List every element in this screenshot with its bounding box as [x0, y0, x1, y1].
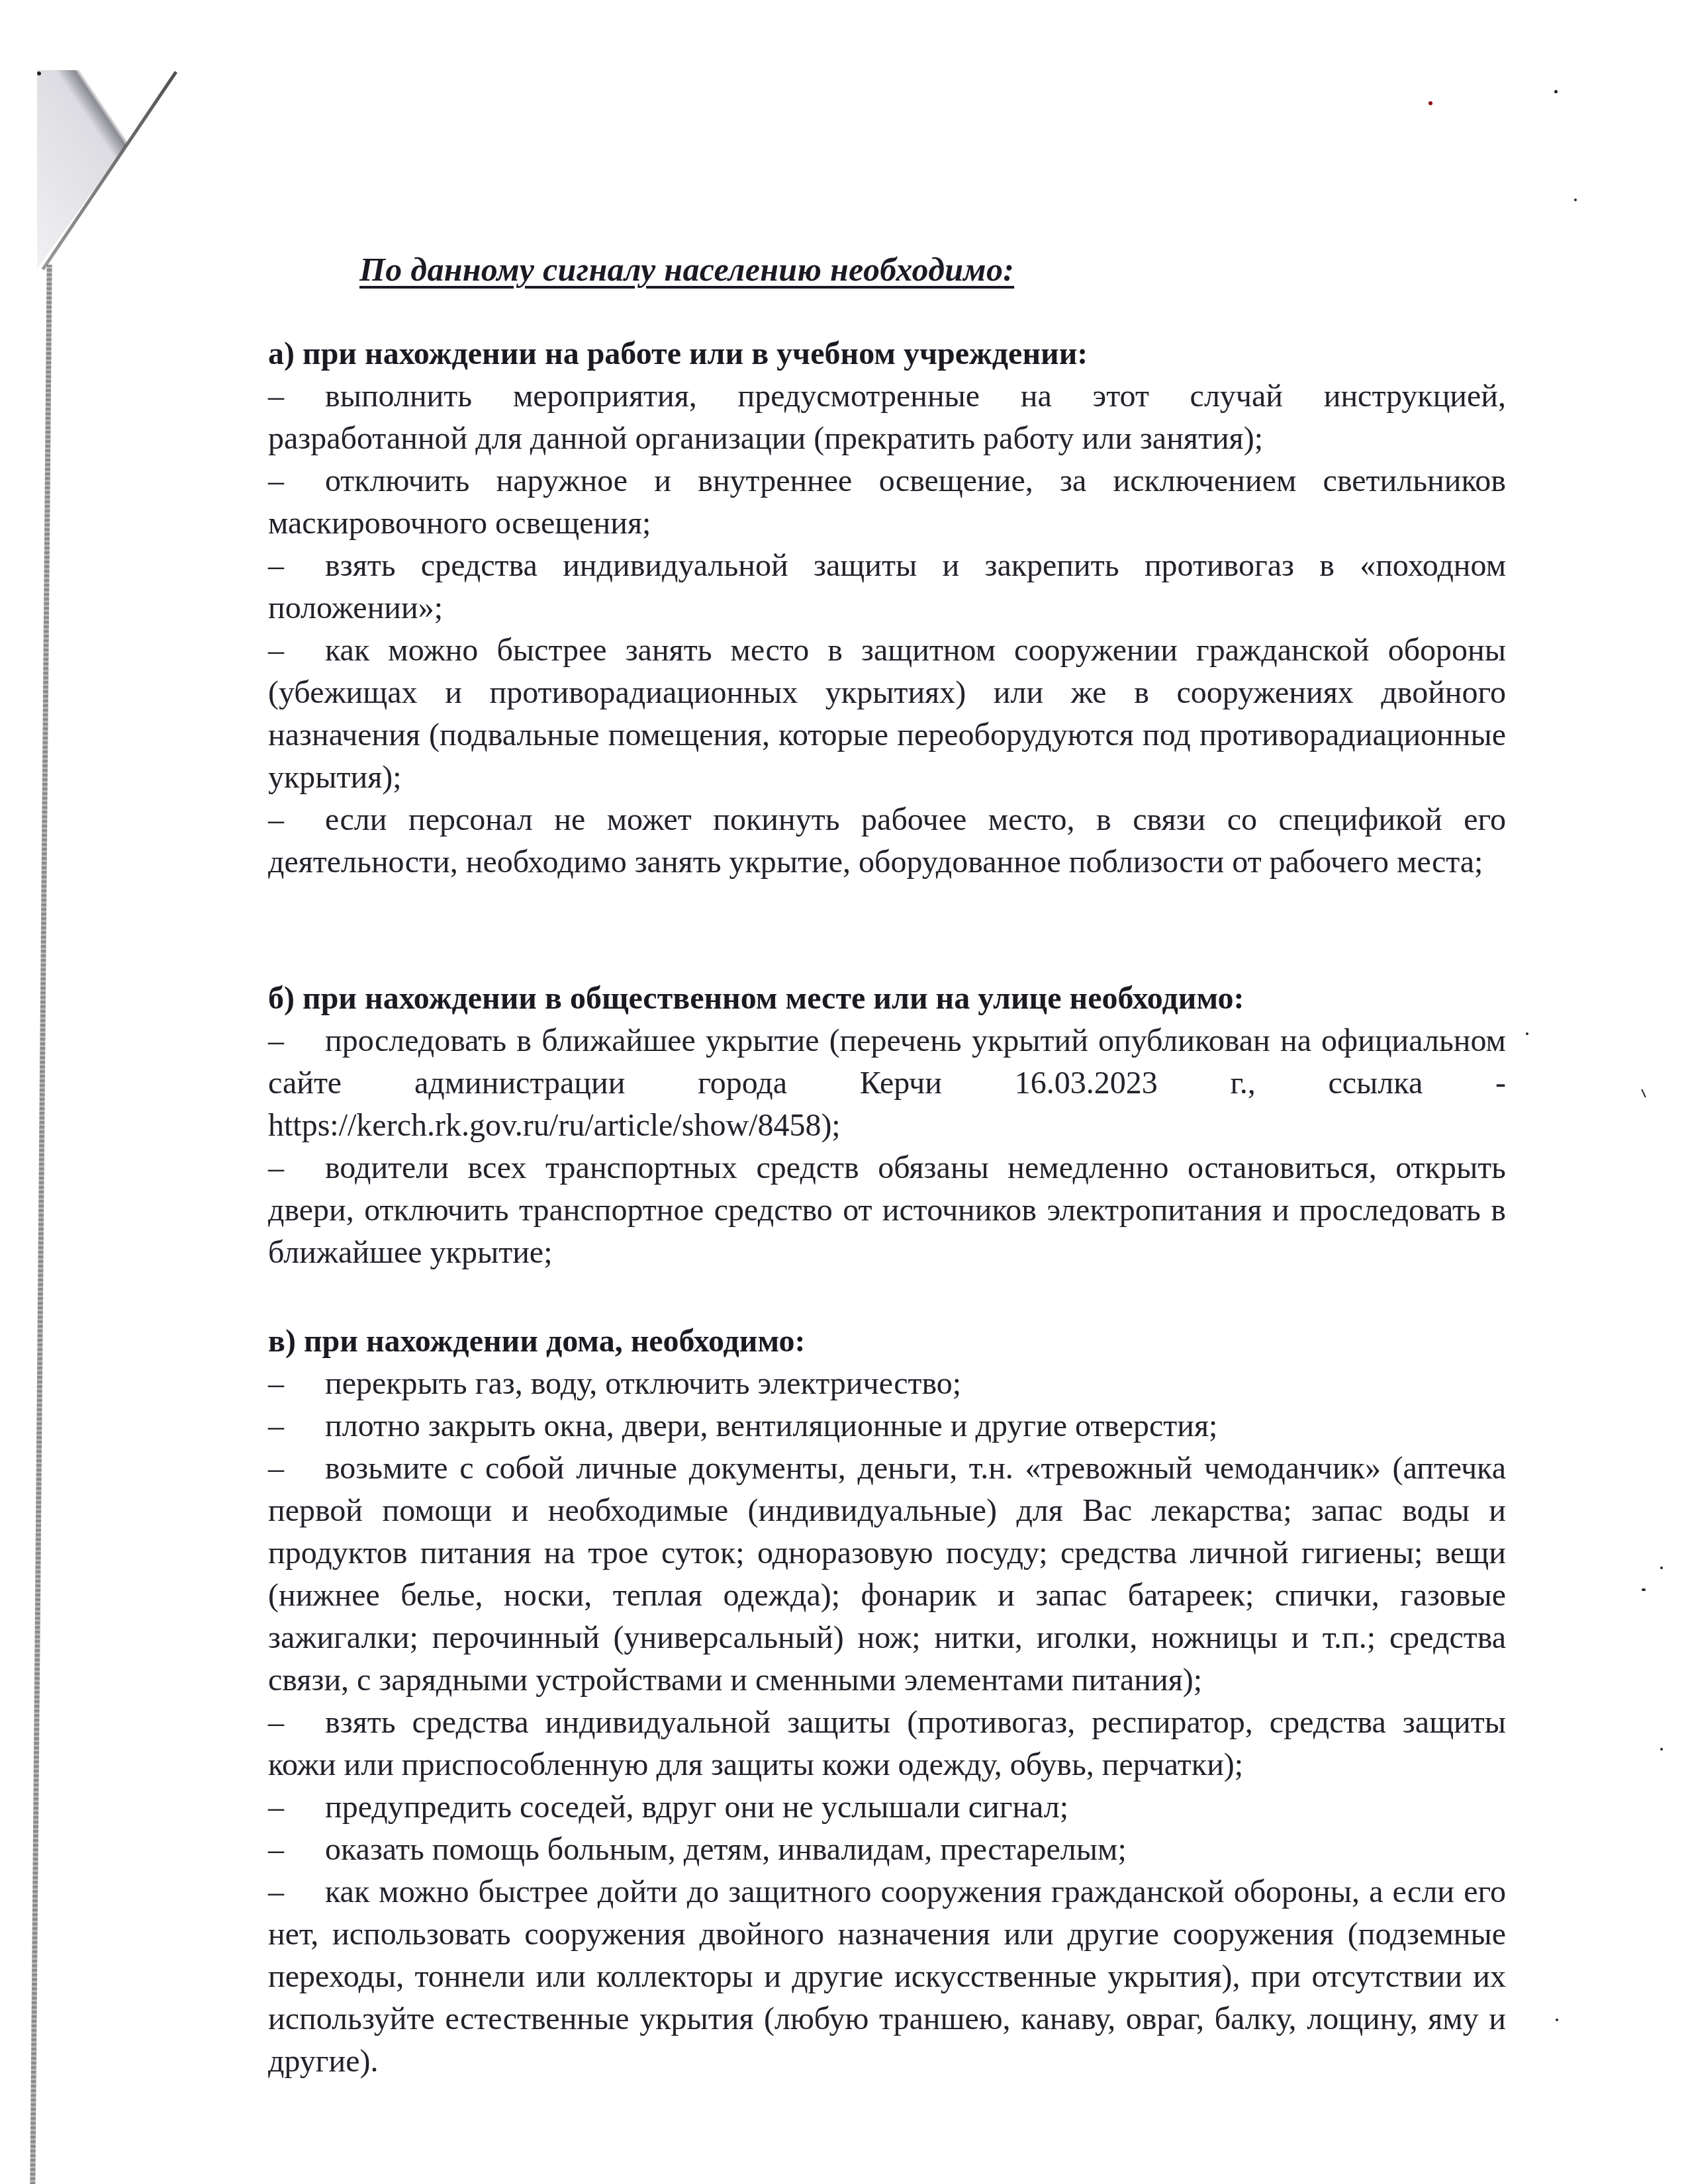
dash-bullet: – — [268, 1829, 325, 1871]
scan-speck — [37, 71, 41, 75]
scan-speck — [1554, 90, 1558, 93]
list-item: –плотно закрыть окна, двери, вентиляцион… — [268, 1405, 1506, 1447]
list-item: –как можно быстрее занять место в защитн… — [268, 629, 1506, 799]
dash-bullet: – — [268, 1405, 325, 1447]
section-title: а) при нахождении на работе или в учебно… — [268, 333, 1506, 375]
list-item: –отключить наружное и внутреннее освещен… — [268, 460, 1506, 545]
list-item: –как можно быстрее дойти до защитного со… — [268, 1871, 1506, 2083]
scan-speck — [1429, 101, 1432, 105]
scan-speck — [1642, 1588, 1646, 1591]
dash-bullet: – — [268, 1020, 325, 1062]
list-item: –предупредить соседей, вдруг они не услы… — [268, 1786, 1506, 1829]
list-item: –взять средства индивидуальной защиты (п… — [268, 1702, 1506, 1786]
scan-page-edge — [30, 265, 52, 2184]
dash-bullet: – — [268, 460, 325, 502]
dash-bullet: – — [268, 1702, 325, 1744]
dash-bullet: – — [268, 545, 325, 587]
dash-bullet: – — [268, 1447, 325, 1490]
dash-bullet: – — [268, 1871, 325, 1913]
dash-bullet: – — [268, 799, 325, 841]
list-item: –возьмите с собой личные документы, день… — [268, 1447, 1506, 1702]
dash-bullet: – — [268, 1147, 325, 1189]
scan-speck — [1660, 1748, 1663, 1751]
list-item: –перекрыть газ, воду, отключить электрич… — [268, 1363, 1506, 1405]
scan-speck — [1556, 2019, 1558, 2021]
scan-speck — [1641, 1089, 1646, 1098]
section-title: в) при нахождении дома, необходимо: — [268, 1320, 1506, 1363]
list-item: –водители всех транспортных средств обяз… — [268, 1147, 1506, 1274]
dash-bullet: – — [268, 1786, 325, 1829]
dash-bullet: – — [268, 629, 325, 672]
list-item: –если персонал не может покинуть рабочее… — [268, 799, 1506, 884]
page-heading: По данному сигналу населению необходимо: — [359, 250, 1014, 289]
list-item: –взять средства индивидуальной защиты и … — [268, 545, 1506, 629]
scan-speck — [1574, 199, 1577, 201]
list-item: –оказать помощь больным, детям, инвалида… — [268, 1829, 1506, 1871]
section-public-place: б) при нахождении в общественном месте и… — [268, 978, 1506, 1274]
dash-bullet: – — [268, 1363, 325, 1405]
list-item: –проследовать в ближайшее укрытие (переч… — [268, 1020, 1506, 1147]
scan-speck — [1660, 1567, 1663, 1569]
section-title: б) при нахождении в общественном месте и… — [268, 978, 1506, 1020]
section-at-home: в) при нахождении дома, необходимо: –пер… — [268, 1320, 1506, 2083]
section-at-work: а) при нахождении на работе или в учебно… — [268, 333, 1506, 884]
scan-speck — [1526, 1032, 1528, 1035]
dash-bullet: – — [268, 375, 325, 418]
list-item: –выполнить мероприятия, предусмотренные … — [268, 375, 1506, 460]
